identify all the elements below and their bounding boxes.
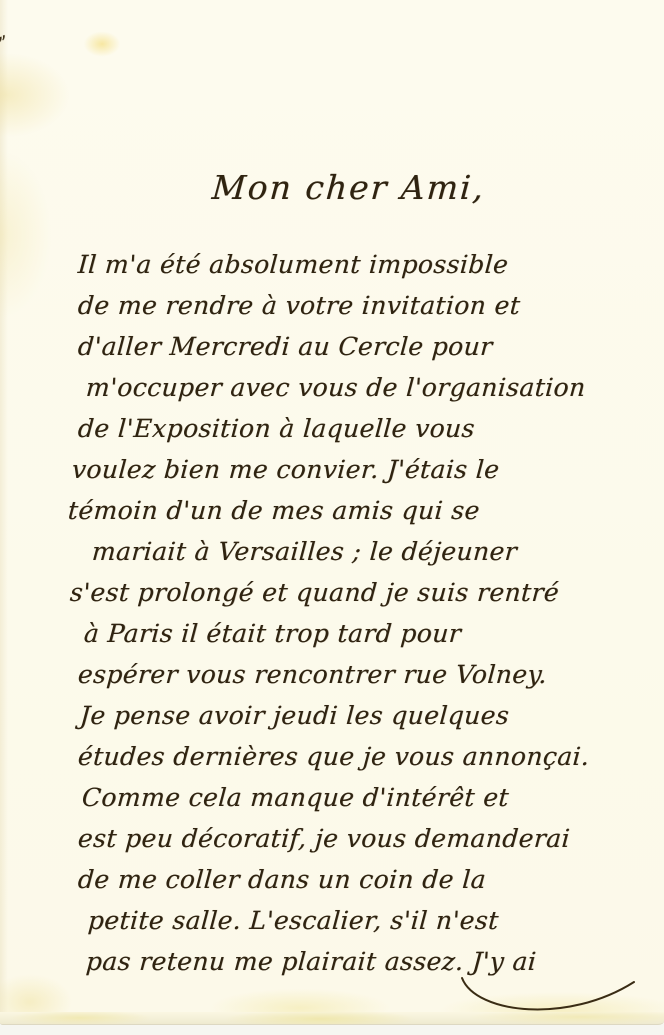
torn-paper-edge [0,1012,664,1025]
letter-line: de l'Exposition à laquelle vous [77,408,648,449]
letter-line: m'occuper avec vous de l'organisation [85,367,648,408]
corner-ink-mark: ,‚ [0,23,6,45]
letter-line: s'est prolongé et quand je suis rentré [69,572,648,613]
salutation: Mon cher Ami, [211,168,487,207]
letter-line: espérer vous rencontrer rue Volney. [77,654,648,695]
letter-line: études dernières que je vous annonçai. [77,736,648,777]
letter-line: de me rendre à votre invitation et [77,285,648,326]
letter-line: Je pense avoir jeudi les quelques [79,695,648,736]
letter-line: à Paris il était trop tard pour [83,613,648,654]
letter-line: petite salle. L'escalier, s'il n'est [87,900,648,941]
letter-scan: ,‚ Mon cher Ami, Il m'a été absolument i… [0,0,664,1035]
letter-line: Il m'a été absolument impossible [77,244,648,285]
letter-line: voulez bien me convier. J'étais le [71,449,648,490]
letter-line: d'aller Mercredi au Cercle pour [77,326,648,367]
letter-line: Comme cela manque d'intérêt et [81,777,648,818]
letter-line: de me coller dans un coin de la [77,859,648,900]
letter-line: mariait à Versailles ; le déjeuner [91,531,648,572]
letter-line: est peu décoratif, je vous demanderai [77,818,648,859]
letter-line: témoin d'un de mes amis qui se [67,490,648,531]
letter-body: Il m'a été absolument impossible de me r… [78,244,646,982]
letter-page: ,‚ Mon cher Ami, Il m'a été absolument i… [0,0,664,1020]
